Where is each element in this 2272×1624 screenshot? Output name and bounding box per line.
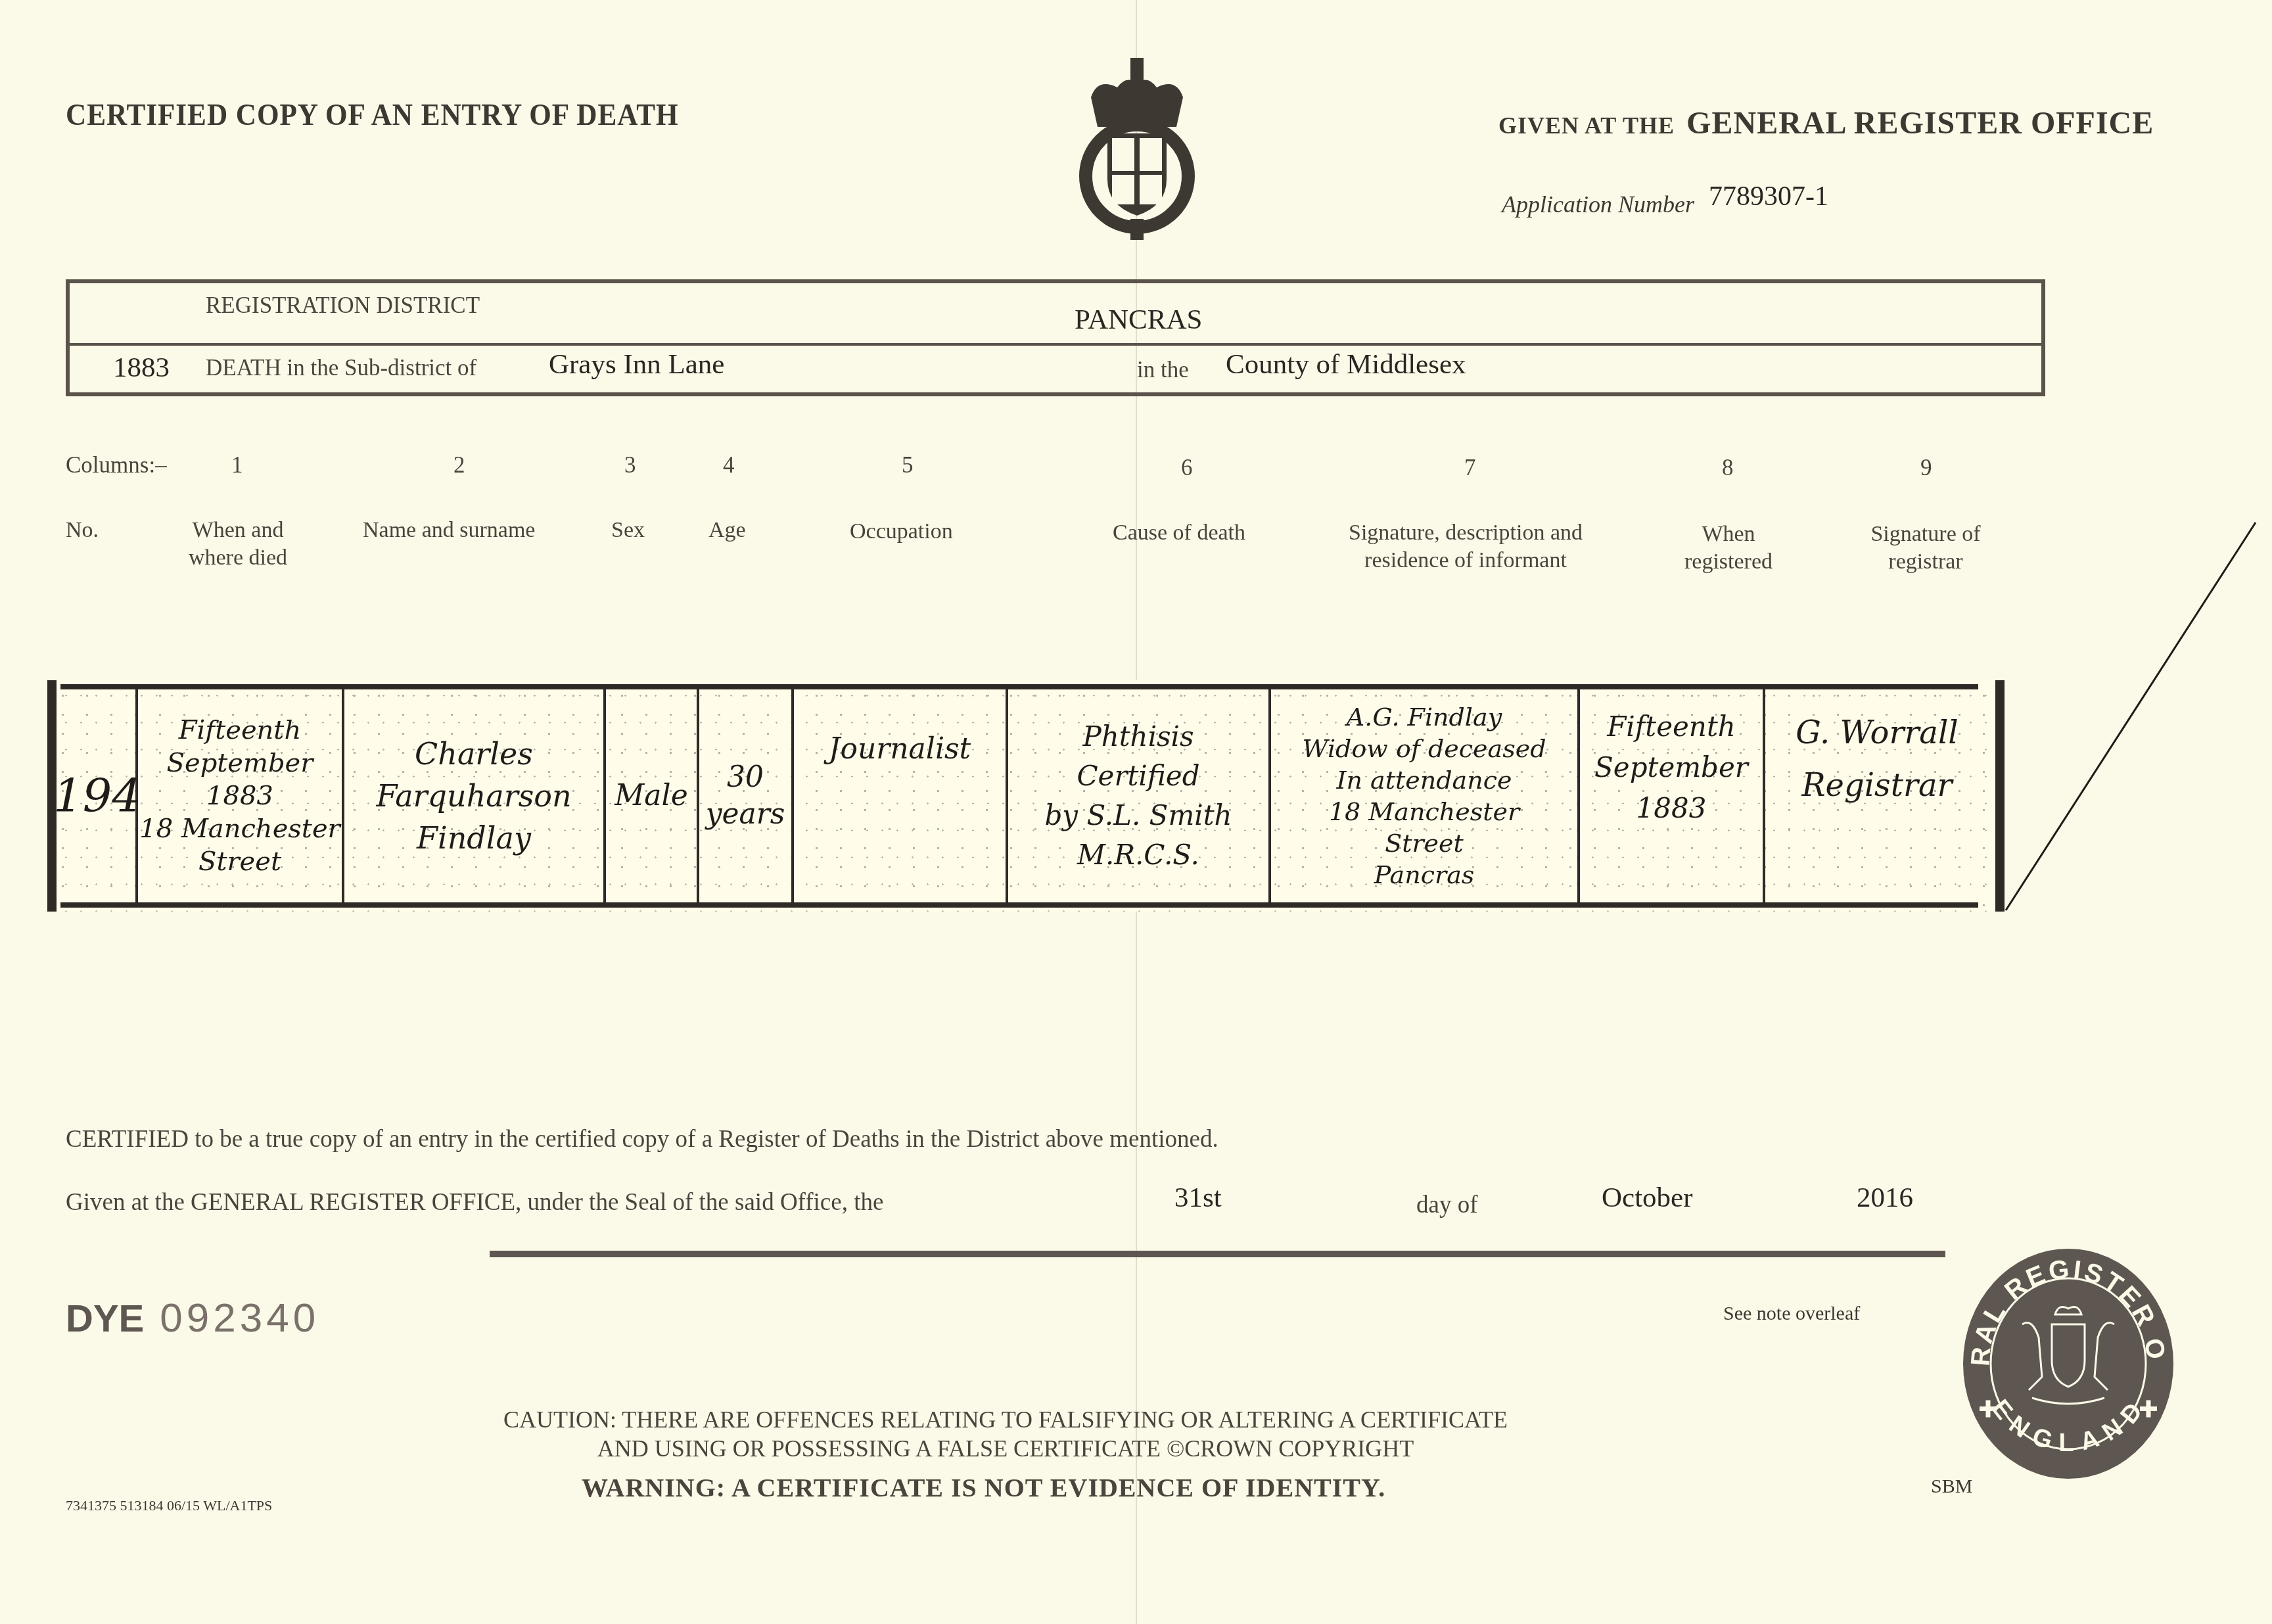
general-register-office-seal-icon: GENERAL REGISTER OFFICE ENGLAND [1960,1245,2177,1482]
application-number: 7789307-1 [1709,181,1828,212]
entry-occupation: Journalist [794,693,1006,898]
entry-line: by S.L. Smith [1044,796,1232,835]
entry-sex: Male [606,693,697,898]
entry-line: 1883 [206,779,273,812]
header-occupation: Occupation [850,518,953,545]
entry-line: Phthisis [1082,717,1194,756]
entry-line: years [706,796,785,833]
entry-line: A.G. Findlay [1347,701,1502,733]
header-line: Signature, description and [1334,519,1597,547]
entry-line: Fifteenth [179,714,301,747]
district-divider [70,343,2041,346]
header-line: registrar [1853,548,1998,576]
entry-informant: A.G. Findlay Widow of deceased In attend… [1271,693,1577,898]
header-cause-of-death: Cause of death [1113,519,1245,547]
entry-line: 18 Manchester [139,812,340,845]
column-number-9: 9 [1920,455,1932,481]
issuing-office: GIVEN AT THE GENERAL REGISTER OFFICE [1498,105,2154,141]
entry-line: Street [198,845,281,878]
entry-bottom-rule [60,902,1978,908]
header-name-surname: Name and surname [363,517,535,544]
entry-line: Pancras [1374,859,1475,891]
county-value: County of Middlesex [1226,348,1466,381]
column-number-7: 7 [1464,455,1476,481]
column-number-2: 2 [453,452,465,478]
given-statement: Given at the GENERAL REGISTER OFFICE, un… [66,1188,883,1217]
entry-line: Charles [415,733,533,775]
entry-when-where-died: Fifteenth September 1883 18 Manchester S… [138,693,342,898]
entry-line: Certified [1077,756,1199,796]
entry-cause-of-death: Phthisis Certified by S.L. Smith M.R.C.S… [1008,693,1268,898]
entry-line: September [167,747,313,779]
entry-line: 18 Manchester [1329,796,1519,827]
serial-prefix: DYE [66,1297,144,1340]
entry-line: Street [1385,827,1464,859]
header-registrar-signature: Signature of registrar [1853,521,1998,576]
certificate-title: CERTIFIED COPY OF AN ENTRY OF DEATH [66,97,678,133]
entry-name-surname: Charles Farquharson Findlay [344,693,603,898]
column-number-1: 1 [231,452,243,478]
entry-number: 194 [59,693,135,898]
subdistrict-label: DEATH in the Sub-district of [206,355,476,381]
entry-line: Farquharson [376,775,571,817]
entry-line: Widow of deceased [1303,733,1546,764]
serial-digits: 092340 [160,1295,319,1341]
header-line: where died [172,544,304,572]
entry-line: September [1594,747,1748,788]
caution-notice: CAUTION: THERE ARE OFFENCES RELATING TO … [480,1405,1531,1463]
registration-district-label: REGISTRATION DISTRICT [206,292,480,319]
see-note-overleaf: See note overleaf [1723,1303,1860,1325]
entry-line: In attendance [1337,764,1512,796]
entry-line: Registrar [1801,759,1952,812]
registration-district-value: PANCRAS [1075,304,1202,336]
subdistrict-value: Grays Inn Lane [549,348,724,381]
caution-line: CAUTION: THERE ARE OFFENCES RELATING TO … [480,1405,1531,1434]
certified-statement: CERTIFIED to be a true copy of an entry … [66,1125,1218,1153]
column-number-5: 5 [902,452,914,478]
entry-line: 1883 [1636,788,1707,829]
column-number-4: 4 [723,452,735,478]
header-line: When [1663,521,1794,548]
header-line: registered [1663,548,1794,576]
given-at-label: GIVEN AT THE [1498,112,1675,139]
header-no: No. [66,517,99,544]
entry-line: Findlay [417,817,531,859]
header-when-registered: When registered [1663,521,1794,576]
header-line: residence of informant [1334,547,1597,574]
identity-warning: WARNING: A CERTIFICATE IS NOT EVIDENCE O… [582,1472,1385,1503]
print-code: 7341375 513184 06/15 WL/A1TPS [66,1497,272,1514]
caution-line: AND USING OR POSSESSING A FALSE CERTIFIC… [480,1434,1531,1463]
signature-rule [490,1251,1945,1257]
serial-number: DYE 092340 [66,1295,319,1341]
application-number-label: Application Number [1502,191,1694,218]
header-line: Signature of [1853,521,1998,548]
header-sex: Sex [611,517,645,544]
issuing-office-name: GENERAL REGISTER OFFICE [1686,106,2154,141]
county-label: in the [1137,357,1189,383]
death-entry-row: 194 Fifteenth September 1883 18 Manchest… [47,680,2005,912]
royal-crest-icon [1078,58,1196,242]
column-number-8: 8 [1722,455,1734,481]
entry-top-rule [60,684,1978,689]
column-number-3: 3 [624,452,636,478]
header-when-where-died: When and where died [172,517,304,572]
columns-label: Columns:– [66,452,167,478]
header-line: When and [172,517,304,544]
column-number-6: 6 [1181,455,1193,481]
entry-line: G. Worrall [1796,707,1958,759]
cancellation-diagonal-line [1998,519,2261,914]
issue-month: October [1602,1182,1693,1214]
issue-day: 31st [1174,1182,1222,1214]
entry-line: Fifteenth [1607,707,1736,747]
day-of-label: day of [1416,1191,1478,1219]
entry-when-registered: Fifteenth September 1883 [1580,693,1763,898]
entry-line: 30 [727,759,764,796]
death-year: 1883 [113,352,170,384]
entry-line: M.R.C.S. [1077,835,1199,875]
entry-registrar-signature: G. Worrall Registrar [1765,693,1989,898]
issue-year: 2016 [1857,1182,1913,1214]
header-informant: Signature, description and residence of … [1334,519,1597,574]
entry-age: 30 years [699,693,791,898]
header-age: Age [708,517,746,544]
